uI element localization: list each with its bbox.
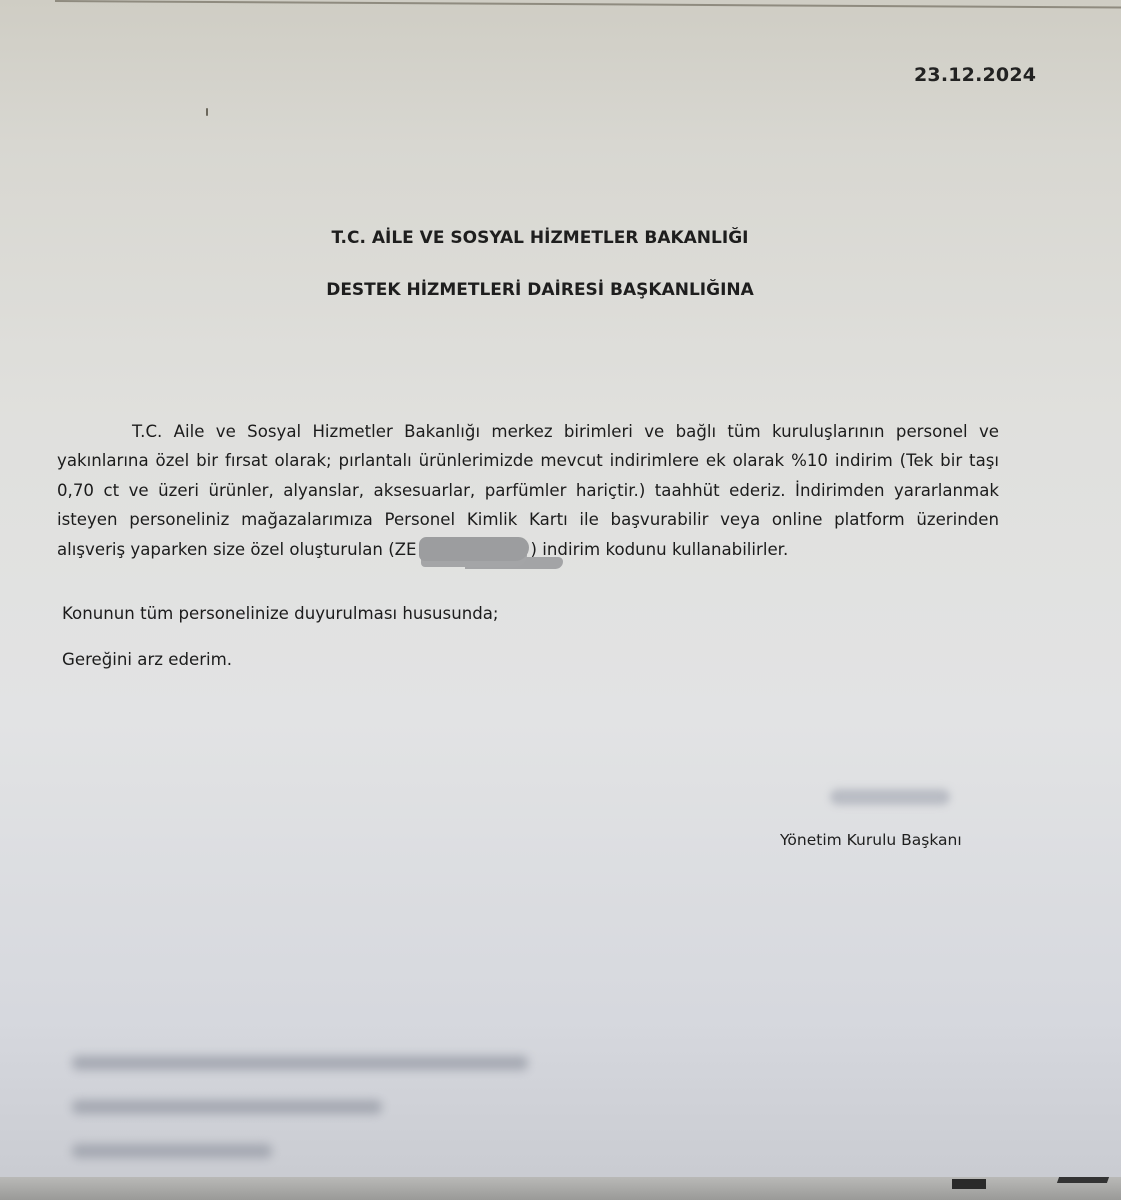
recipient-line-1: T.C. AİLE VE SOSYAL HİZMETLER BAKANLIĞI <box>0 228 1080 248</box>
document-date: 23.12.2024 <box>914 64 1036 86</box>
paper-speck <box>206 108 208 116</box>
signatory-name-blurred <box>830 789 950 805</box>
closing-paragraph-2: Gereğini arz ederim. <box>62 650 232 669</box>
body-text-before-code: T.C. Aile ve Sosyal Hizmetler Bakanlığı … <box>57 422 999 559</box>
page-top-edge <box>55 0 1121 9</box>
footer-address-line-3-blurred <box>72 1144 272 1158</box>
bezel-mark <box>1057 1177 1109 1183</box>
body-paragraph: T.C. Aile ve Sosyal Hizmetler Bakanlığı … <box>57 417 999 564</box>
body-text-after-code: ) indirim kodunu kullanabilirler. <box>531 540 789 559</box>
redacted-discount-code <box>419 537 529 561</box>
footer-address-line-2-blurred <box>72 1100 382 1114</box>
recipient-line-2: DESTEK HİZMETLERİ DAİRESİ BAŞKANLIĞINA <box>0 280 1080 300</box>
signatory-title: Yönetim Kurulu Başkanı <box>780 831 962 849</box>
footer-address-line-1-blurred <box>72 1056 528 1070</box>
closing-paragraph-1: Konunun tüm personelinize duyurulması hu… <box>62 604 499 623</box>
bezel-mark <box>952 1179 986 1189</box>
screen-bottom-bezel <box>0 1177 1121 1200</box>
